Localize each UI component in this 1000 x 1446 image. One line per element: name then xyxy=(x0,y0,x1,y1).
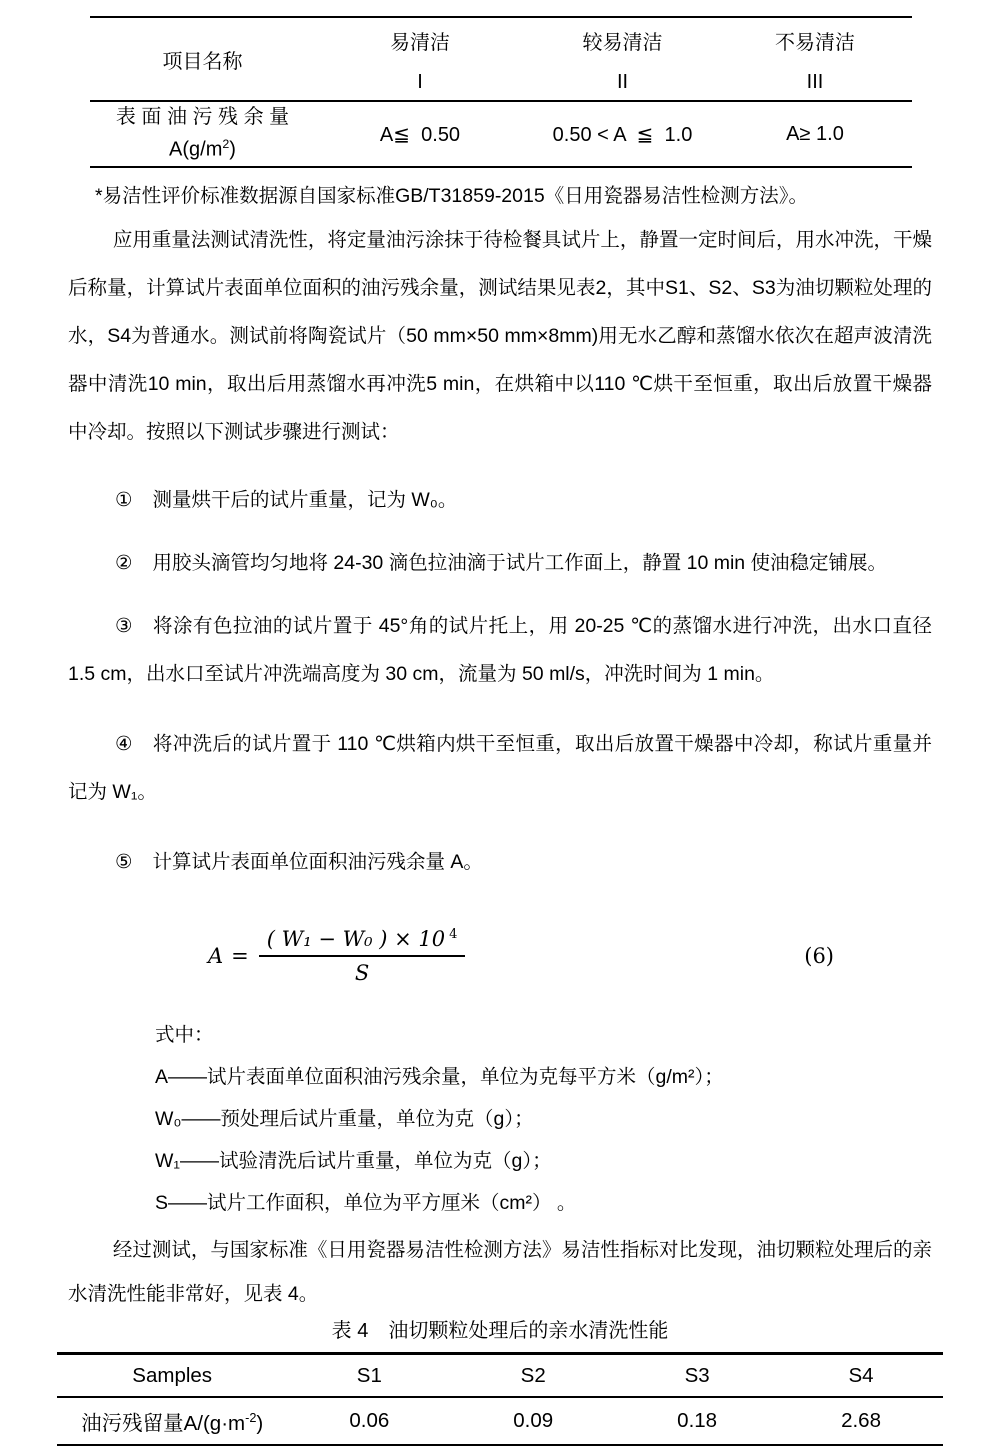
table-header-row: 项目名称 易清洁 I 较易清洁 II 不易清洁 III xyxy=(90,18,912,102)
value-s1: 0.06 xyxy=(287,1409,451,1433)
row-label-line1: 表 面 油 污 残 余 量 xyxy=(116,104,289,130)
header-s2: S2 xyxy=(451,1364,615,1388)
step-number: ⑤ xyxy=(115,851,132,873)
criterion-value: A≦ 0.50 xyxy=(380,122,460,147)
step-text: 将涂有色拉油的试片置于 45°角的试片托上，用 20-25 ℃的蒸馏水进行冲洗，… xyxy=(68,615,932,685)
exponent: 4 xyxy=(449,927,457,942)
row-label-cell: 表 面 油 污 残 余 量 A(g/m2) xyxy=(90,102,315,166)
equation-6: A = ( W₁ − W₀ ) × 104 S (6) xyxy=(68,912,932,1000)
header-s3: S3 xyxy=(615,1364,779,1388)
row-label: 油污残留量A/(g·m-2) xyxy=(57,1406,287,1436)
step-item-4: ④将冲洗后的试片置于 110 ℃烘箱内烘干至恒重，取出后放置干燥器中冷却，称试片… xyxy=(68,720,932,816)
step-number: ② xyxy=(115,552,132,574)
table4-data-row: 油污残留量A/(g·m-2) 0.06 0.09 0.18 2.68 xyxy=(57,1398,943,1444)
formula-expression: A = ( W₁ − W₀ ) × 104 S xyxy=(208,927,465,985)
cleanability-grade-table: 项目名称 易清洁 I 较易清洁 II 不易清洁 III 表 面 油 污 残 余 … xyxy=(90,16,912,168)
step-item-3: ③将涂有色拉油的试片置于 45°角的试片托上，用 20-25 ℃的蒸馏水进行冲洗… xyxy=(68,602,932,698)
document-page: 项目名称 易清洁 I 较易清洁 II 不易清洁 III 表 面 油 污 残 余 … xyxy=(0,16,1000,1446)
hydrophilic-cleaning-table: Samples S1 S2 S3 S4 油污残留量A/(g·m-2) 0.06 … xyxy=(57,1352,943,1446)
definition-S: S——试片工作面积，单位为平方厘米（cm²） 。 xyxy=(155,1182,932,1224)
value-s2: 0.09 xyxy=(451,1409,615,1433)
value-s4: 2.68 xyxy=(779,1409,943,1433)
header-cell-grade-1: 易清洁 I xyxy=(315,18,525,100)
formula-lhs: A xyxy=(208,944,223,968)
header-s4: S4 xyxy=(779,1364,943,1388)
definition-W1: W₁——试验清洗后试片重量，单位为克（g）； xyxy=(155,1140,932,1182)
value-cell: A≦ 0.50 xyxy=(315,102,525,166)
grade-label: 易清洁 xyxy=(390,26,450,55)
table4-header-row: Samples S1 S2 S3 S4 xyxy=(57,1355,943,1398)
grade-level: III xyxy=(807,71,824,94)
fraction-denominator: S xyxy=(355,957,369,985)
definition-A: A——试片表面单位面积油污残余量，单位为克每平方米（g/m²）； xyxy=(155,1056,932,1098)
result-paragraph: 经过测试，与国家标准《日用瓷器易洁性检测方法》易洁性指标对比发现，油切颗粒处理后… xyxy=(68,1228,932,1316)
test-steps-list: ①测量烘干后的试片重量，记为 W₀。 ②用胶头滴管均匀地将 24-30 滴色拉油… xyxy=(68,476,932,886)
step-text: 计算试片表面单位面积油污残余量 A。 xyxy=(152,851,482,873)
definition-W0: W₀——预处理后试片重量，单位为克（g）； xyxy=(155,1098,932,1140)
step-number: ④ xyxy=(115,733,133,755)
fraction: ( W₁ − W₀ ) × 104 S xyxy=(259,927,466,985)
value-s3: 0.18 xyxy=(615,1409,779,1433)
criterion-value: A≥ 1.0 xyxy=(786,123,844,146)
item-name-label: 项目名称 xyxy=(163,45,243,74)
header-cell-item-name: 项目名称 xyxy=(90,18,315,100)
criterion-value: 0.50 < A ≦ 1.0 xyxy=(553,122,693,147)
table-footnote: *易洁性评价标准数据源自国家标准GB/T31859-2015《日用瓷器易洁性检测… xyxy=(95,182,932,210)
value-cell: 0.50 < A ≦ 1.0 xyxy=(525,102,720,166)
header-cell-grade-2: 较易清洁 II xyxy=(525,18,720,100)
grade-label: 不易清洁 xyxy=(775,26,855,55)
header-cell-grade-3: 不易清洁 III xyxy=(720,18,910,100)
header-s1: S1 xyxy=(287,1364,451,1388)
table-data-row: 表 面 油 污 残 余 量 A(g/m2) A≦ 0.50 0.50 < A ≦… xyxy=(90,102,912,166)
step-item-2: ②用胶头滴管均匀地将 24-30 滴色拉油滴于试片工作面上，静置 10 min … xyxy=(68,539,932,587)
equals-sign: = xyxy=(231,944,249,968)
grade-label: 较易清洁 xyxy=(583,26,663,55)
step-text: 将冲洗后的试片置于 110 ℃烘箱内烘干至恒重，取出后放置干燥器中冷却，称试片重… xyxy=(68,733,932,803)
grade-level: I xyxy=(417,71,423,94)
fraction-numerator: ( W₁ − W₀ ) × 104 xyxy=(259,927,466,957)
step-text: 测量烘干后的试片重量，记为 W₀。 xyxy=(152,489,457,511)
symbol-definitions: 式中： A——试片表面单位面积油污残余量，单位为克每平方米（g/m²）； W₀—… xyxy=(68,1014,932,1224)
step-text: 用胶头滴管均匀地将 24-30 滴色拉油滴于试片工作面上，静置 10 min 使… xyxy=(152,552,887,574)
step-item-1: ①测量烘干后的试片重量，记为 W₀。 xyxy=(68,476,932,524)
grade-level: II xyxy=(617,71,628,94)
where-intro: 式中： xyxy=(155,1014,932,1056)
value-cell: A≥ 1.0 xyxy=(720,102,910,166)
step-number: ① xyxy=(115,489,132,511)
method-paragraph: 应用重量法测试清洗性，将定量油污涂抹于待检餐具试片上，静置一定时间后，用水冲洗，… xyxy=(68,216,932,456)
equation-number: (6) xyxy=(804,944,834,968)
step-number: ③ xyxy=(115,615,133,637)
step-item-5: ⑤计算试片表面单位面积油污残余量 A。 xyxy=(68,838,932,886)
header-samples: Samples xyxy=(57,1364,287,1388)
table4-caption: 表 4 油切颗粒处理后的亲水清洗性能 xyxy=(68,1318,932,1344)
row-label-line2: A(g/m2) xyxy=(169,130,236,164)
